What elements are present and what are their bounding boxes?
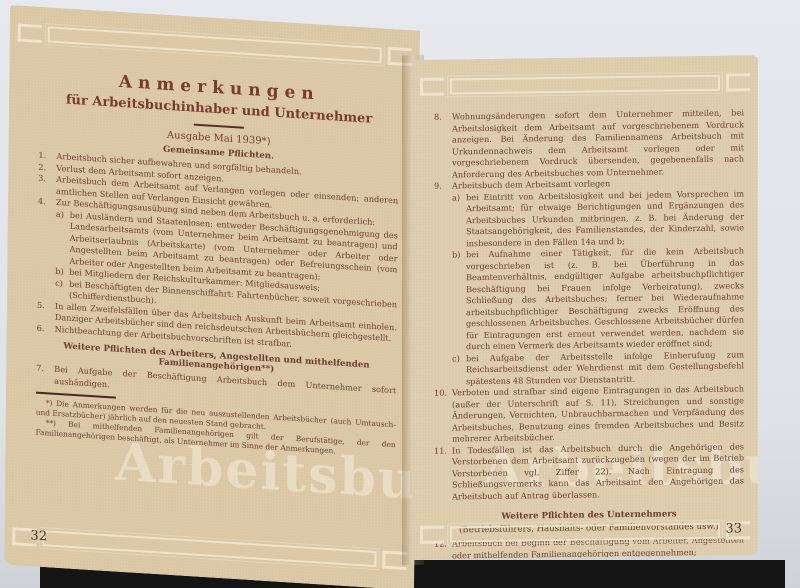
sub-item-letter: a)	[55, 208, 70, 266]
border-bar	[48, 26, 382, 63]
border-bar	[450, 75, 720, 95]
right-page: Arbeitsbuch 8.Wohnungsänderungen sofort …	[412, 55, 758, 560]
right-page-content: 8.Wohnungsänderungen sofort dem Unterneh…	[434, 107, 744, 560]
fret-motif-icon	[18, 23, 42, 42]
left-page: Arbeitsbuch Anmerkungen für Arbeitsbuchi…	[4, 5, 420, 588]
item-text: In Todesfällen ist das Arbeitsbuch durch…	[452, 441, 744, 503]
title-divider	[194, 124, 244, 129]
bottom-border-ornament	[412, 517, 758, 548]
list-item: 8.Wohnungsänderungen sofort dem Unterneh…	[434, 107, 744, 180]
item-number: 8.	[434, 111, 452, 180]
left-page-content: Anmerkungen für Arbeitsbuchinhaber und U…	[35, 67, 399, 460]
item-number: 3.	[38, 173, 56, 197]
page-number: 33	[725, 521, 742, 536]
sub-item-text: bei Aufgabe der Arbeitsstelle infolge Ei…	[466, 349, 744, 387]
page-number: 32	[30, 528, 47, 544]
item-number: 11.	[434, 445, 452, 503]
top-border-ornament	[10, 19, 420, 71]
sub-item-text: bei Eintritt von Arbeitslosigkeit und be…	[466, 188, 744, 249]
sub-item-letter: c)	[55, 277, 69, 301]
sub-item-letter: c)	[452, 353, 466, 388]
top-border-ornament	[412, 69, 758, 100]
sub-item-letter: b)	[55, 266, 69, 278]
list-item: 11.In Todesfällen ist das Arbeitsbuch du…	[434, 441, 744, 503]
item-number: 4.	[38, 196, 56, 209]
item-text: Verboten und strafbar sind eigene Eintra…	[452, 383, 744, 445]
item-number: 9.	[434, 180, 452, 192]
sub-item: b)bei Aufnahme einer Tätigkeit, für die …	[434, 245, 744, 353]
fret-motif-icon	[420, 526, 444, 544]
sub-item-letter: b)	[452, 249, 466, 353]
sub-item-text: bei Aufnahme einer Tätigkeit, für die ke…	[466, 245, 744, 352]
item-text: Wohnungsänderungen sofort dem Unternehme…	[452, 107, 744, 180]
item-number: 5.	[37, 299, 55, 323]
bottom-border-ornament	[4, 523, 414, 575]
list-item: 10.Verboten und strafbar sind eigene Ein…	[434, 383, 744, 445]
fret-motif-icon	[726, 73, 750, 91]
fret-motif-icon	[420, 78, 444, 96]
item-number: 7.	[36, 363, 54, 387]
item-number: 6.	[37, 322, 55, 335]
sub-item: a)bei Eintritt von Arbeitslosigkeit und …	[434, 188, 744, 250]
sub-item-letter: a)	[452, 192, 466, 250]
item-number: 10.	[434, 387, 452, 445]
border-bar	[450, 523, 720, 543]
sub-item: c)bei Aufgabe der Arbeitsstelle infolge …	[434, 349, 744, 388]
border-bar	[42, 530, 376, 567]
